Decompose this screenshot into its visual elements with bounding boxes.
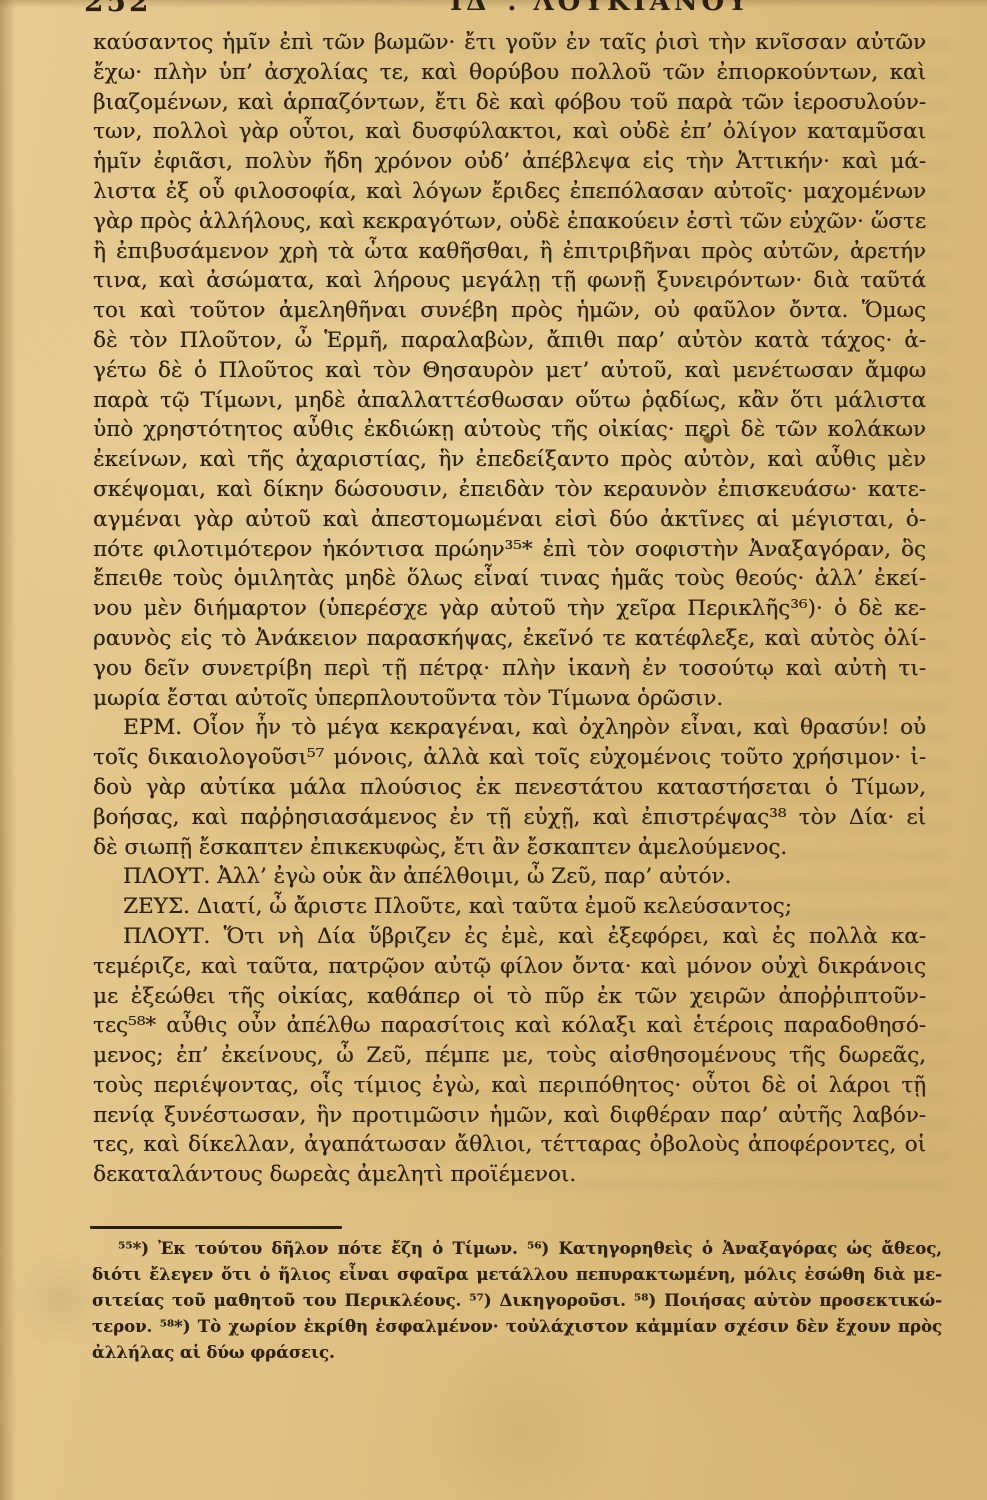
- text-line: ραυνὸς εἰς τὸ Ἀνάκειον παρασκήψας, ἐκεῖν…: [93, 624, 926, 654]
- text-line: μωρία ἔσται αὐτοῖς ὑπερπλουτοῦντα τὸν Τί…: [93, 684, 926, 714]
- text-line: λιστα ἐξ οὗ φιλοσοφία, καὶ λόγων ἔριδες …: [93, 177, 926, 207]
- text-line: ἐκείνων, καὶ τῆς ἀχαριστίας, ἣν ἐπεδείξα…: [93, 445, 926, 475]
- text-line: πενίᾳ ξυνέστωσαν, ἣν προτιμῶσιν ἡμῶν, κα…: [93, 1101, 926, 1131]
- text-line: βιαζομένων, καὶ ἁρπαζόντων, ἔτι δὲ καὶ φ…: [93, 88, 926, 118]
- text-line: αγμέναι γὰρ αὐτοῦ καὶ ἀπεστομωμέναι εἰσὶ…: [93, 505, 926, 535]
- text-line: γέτω δὲ ὁ Πλοῦτος καὶ τὸν Θησαυρὸν μετ’ …: [93, 356, 926, 386]
- text-line: καύσαντος ἡμῖν ἐπὶ τῶν βωμῶν· ἔτι γοῦν ἐ…: [93, 28, 926, 58]
- footnote-line: ⁵⁵*) Ἐκ τούτου δῆλον πότε ἔζη ὁ Τίμων. ⁵…: [92, 1236, 942, 1262]
- page-number: 252: [84, 0, 151, 18]
- text-line: τοῖς δικαιολογοῦσι⁵⁷ μόνοις, ἀλλὰ καὶ το…: [93, 743, 926, 773]
- text-line: δὲ τὸν Πλοῦτον, ὦ Ἑρμῆ, παραλαβὼν, ἄπιθι…: [93, 326, 926, 356]
- text-line: γὰρ πρὸς ἀλλήλους, καὶ κεκραγότων, οὐδὲ …: [93, 207, 926, 237]
- text-line: τινα, καὶ ἀσώματα, καὶ λήρους μεγάλῃ τῇ …: [93, 266, 926, 296]
- text-line: ἢ ἐπιβυσάμενον χρὴ τὰ ὦτα καθῆσθαι, ἢ ἐπ…: [93, 237, 926, 267]
- page-edge-shadow: [0, 0, 16, 1500]
- footnote-line: διότι ἔλεγεν ὅτι ὁ ἥλιος εἶναι σφαῖρα με…: [92, 1262, 942, 1288]
- text-line: των, πολλοὶ γὰρ οὗτοι, καὶ δυσφύλακτοι, …: [93, 117, 926, 147]
- footnote-line: ἀλλήλας αἱ δύω φράσεις.: [92, 1340, 942, 1366]
- text-line: παρὰ τῷ Τίμωνι, μηδὲ ἀπαλλαττέσθωσαν οὕτ…: [93, 386, 926, 416]
- text-line: μενος; ἐπ’ ἐκείνους, ὦ Ζεῦ, πέμπε με, το…: [93, 1041, 926, 1071]
- text-line: ΕΡΜ. Οἷον ἦν τὸ μέγα κεκραγέναι, καὶ ὀχλ…: [93, 713, 926, 743]
- text-line: νου μὲν διήμαρτον (ὑπερέσχε γὰρ αὐτοῦ τὴ…: [93, 594, 926, 624]
- running-header: ΙΔ΄. ΛΟΥΚΙΑΝΟΥ: [450, 0, 751, 17]
- text-line: τες, καὶ δίκελλαν, ἀγαπάτωσαν ἄθλιοι, τέ…: [93, 1130, 926, 1160]
- text-line: τοι καὶ τοῦτον ἀμεληθῆναι συνέβη πρὸς ἡμ…: [93, 296, 926, 326]
- text-line: ὑπὸ χρηστότητος αὖθις ἐκδιώκῃ αὐτοὺς τῆς…: [93, 415, 926, 445]
- text-line: ἔχω· πλὴν ὑπ’ ἀσχολίας τε, καὶ θορύβου π…: [93, 58, 926, 88]
- footnote-separator-rule: [90, 1226, 342, 1229]
- text-line: με ἐξεώθει τῆς οἰκίας, καθάπερ οἱ τὸ πῦρ…: [93, 982, 926, 1012]
- text-line: ΠΛΟΥΤ. Ἀλλ’ ἐγὼ οὐκ ἂν ἀπέλθοιμι, ὦ Ζεῦ,…: [93, 862, 926, 892]
- text-line: δεκαταλάντους δωρεὰς ἀμελητὶ προϊέμενοι.: [93, 1160, 926, 1190]
- footnote-line: τερον. ⁵⁸*) Τὸ χωρίον ἐκρίθη ἐσφαλμένον·…: [92, 1314, 942, 1340]
- text-line: τεμέριζε, καὶ ταῦτα, πατρῷον αὐτῷ φίλον …: [93, 952, 926, 982]
- footnote-line: σιτείας τοῦ μαθητοῦ του Περικλέους. ⁵⁷) …: [92, 1288, 942, 1314]
- text-line: γου δεῖν συνετρίβη περὶ τῇ πέτρᾳ· πλὴν ἱ…: [93, 654, 926, 684]
- text-line: σκέψομαι, καὶ δίκην δώσουσιν, ἐπειδὰν τὸ…: [93, 475, 926, 505]
- text-line: τοὺς περιέψοντας, οἷς τίμιος ἐγὼ, καὶ πε…: [93, 1071, 926, 1101]
- text-line: ΠΛΟΥΤ. Ὅτι νὴ Δία ὕβριζεν ἐς ἐμὲ, καὶ ἐξ…: [93, 922, 926, 952]
- text-line: βοήσας, καὶ παῤῥησιασάμενος ἐν τῇ εὐχῇ, …: [93, 803, 926, 833]
- text-line: ἔπειθε τοὺς ὁμιλητὰς μηδὲ ὅλως εἶναί τιν…: [93, 564, 926, 594]
- text-line: τες⁵⁸* αὖθις οὖν ἀπέλθω παρασίτοις καὶ κ…: [93, 1011, 926, 1041]
- text-line: πότε φιλοτιμότερον ἠκόντισα πρώην³⁵* ἐπὶ…: [93, 535, 926, 565]
- main-text-block: καύσαντος ἡμῖν ἐπὶ τῶν βωμῶν· ἔτι γοῦν ἐ…: [93, 28, 926, 1190]
- footnote-block: ⁵⁵*) Ἐκ τούτου δῆλον πότε ἔζη ὁ Τίμων. ⁵…: [92, 1236, 942, 1366]
- text-line: ἡμῖν ἐφιᾶσι, πολὺν ἤδη χρόνον οὐδ’ ἀπέβλ…: [93, 147, 926, 177]
- text-line: ΖΕΥΣ. Διατί, ὦ ἄριστε Πλοῦτε, καὶ ταῦτα …: [93, 892, 926, 922]
- text-line: δοὺ γὰρ αὐτίκα μάλα πλούσιος ἐκ πενεστάτ…: [93, 773, 926, 803]
- text-line: δὲ σιωπῇ ἔσκαπτεν ἐπικεκυφὼς, ἔτι ἂν ἔσκ…: [93, 833, 926, 863]
- book-page: 252 ΙΔ΄. ΛΟΥΚΙΑΝΟΥ καύσαντος ἡμῖν ἐπὶ τῶ…: [0, 0, 987, 1500]
